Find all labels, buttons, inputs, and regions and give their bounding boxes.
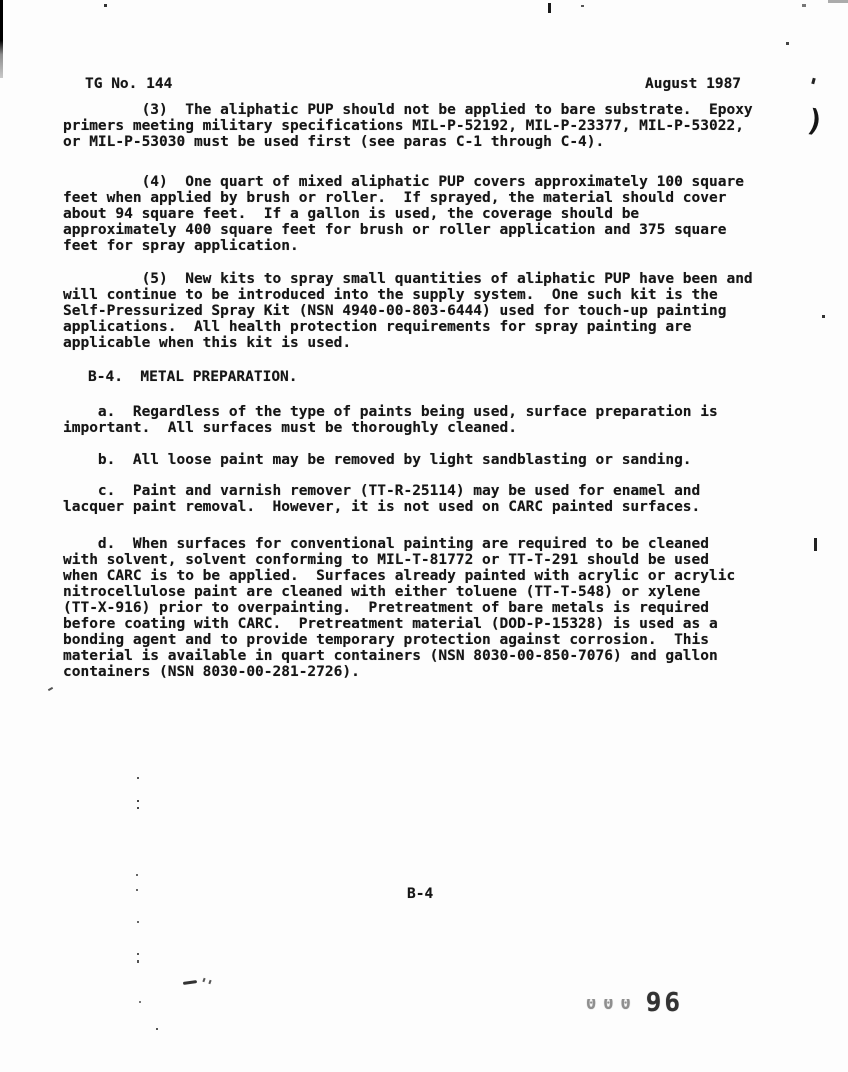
scan-speck	[156, 1028, 158, 1030]
scan-paren-mark: )	[803, 103, 826, 140]
scan-speck	[104, 4, 107, 7]
scan-speck	[802, 4, 806, 7]
paragraph-3: (3) The aliphatic PUP should not be appl…	[63, 102, 753, 150]
scan-tick-mark	[814, 538, 817, 551]
scan-speck	[137, 960, 139, 963]
scan-speck	[136, 889, 138, 891]
scan-corner-smudge	[828, 0, 848, 3]
doc-number: TG No. 144	[85, 76, 172, 92]
scan-speck	[137, 777, 139, 779]
scan-speck	[137, 953, 139, 955]
scanned-document-page: TG No. 144 August 1987 (3) The aliphatic…	[0, 0, 848, 1072]
scan-dash-mark	[183, 980, 197, 985]
paragraph-a: a. Regardless of the type of paints bein…	[63, 404, 718, 436]
scan-speck	[137, 807, 139, 809]
scan-speck	[137, 800, 139, 802]
stamp-break-line	[585, 996, 637, 999]
scan-speck	[137, 921, 139, 923]
scan-speck	[202, 978, 205, 982]
scan-speck	[786, 42, 789, 45]
scan-speck	[581, 5, 584, 7]
section-heading-b4: B-4. METAL PREPARATION.	[88, 369, 298, 385]
scan-edge-strip	[0, 0, 3, 78]
scan-comma-mark	[48, 687, 53, 691]
paragraph-4: (4) One quart of mixed aliphatic PUP cov…	[63, 174, 744, 254]
scan-speck	[822, 315, 825, 318]
scan-tick-mark	[548, 3, 551, 13]
scan-apostrophe-mark	[811, 78, 815, 85]
print-stamp: 00096	[586, 988, 683, 1018]
doc-date: August 1987	[645, 76, 741, 92]
page-number: B-4	[407, 886, 433, 902]
scan-speck	[136, 874, 138, 876]
stamp-page-count: 96	[646, 988, 683, 1018]
paragraph-d: d. When surfaces for conventional painti…	[63, 536, 735, 680]
paragraph-5: (5) New kits to spray small quantities o…	[63, 271, 753, 351]
paragraph-b: b. All loose paint may be removed by lig…	[63, 452, 692, 468]
paragraph-c: c. Paint and varnish remover (TT-R-25114…	[63, 483, 700, 515]
scan-speck	[208, 980, 211, 984]
scan-speck	[139, 1001, 141, 1003]
